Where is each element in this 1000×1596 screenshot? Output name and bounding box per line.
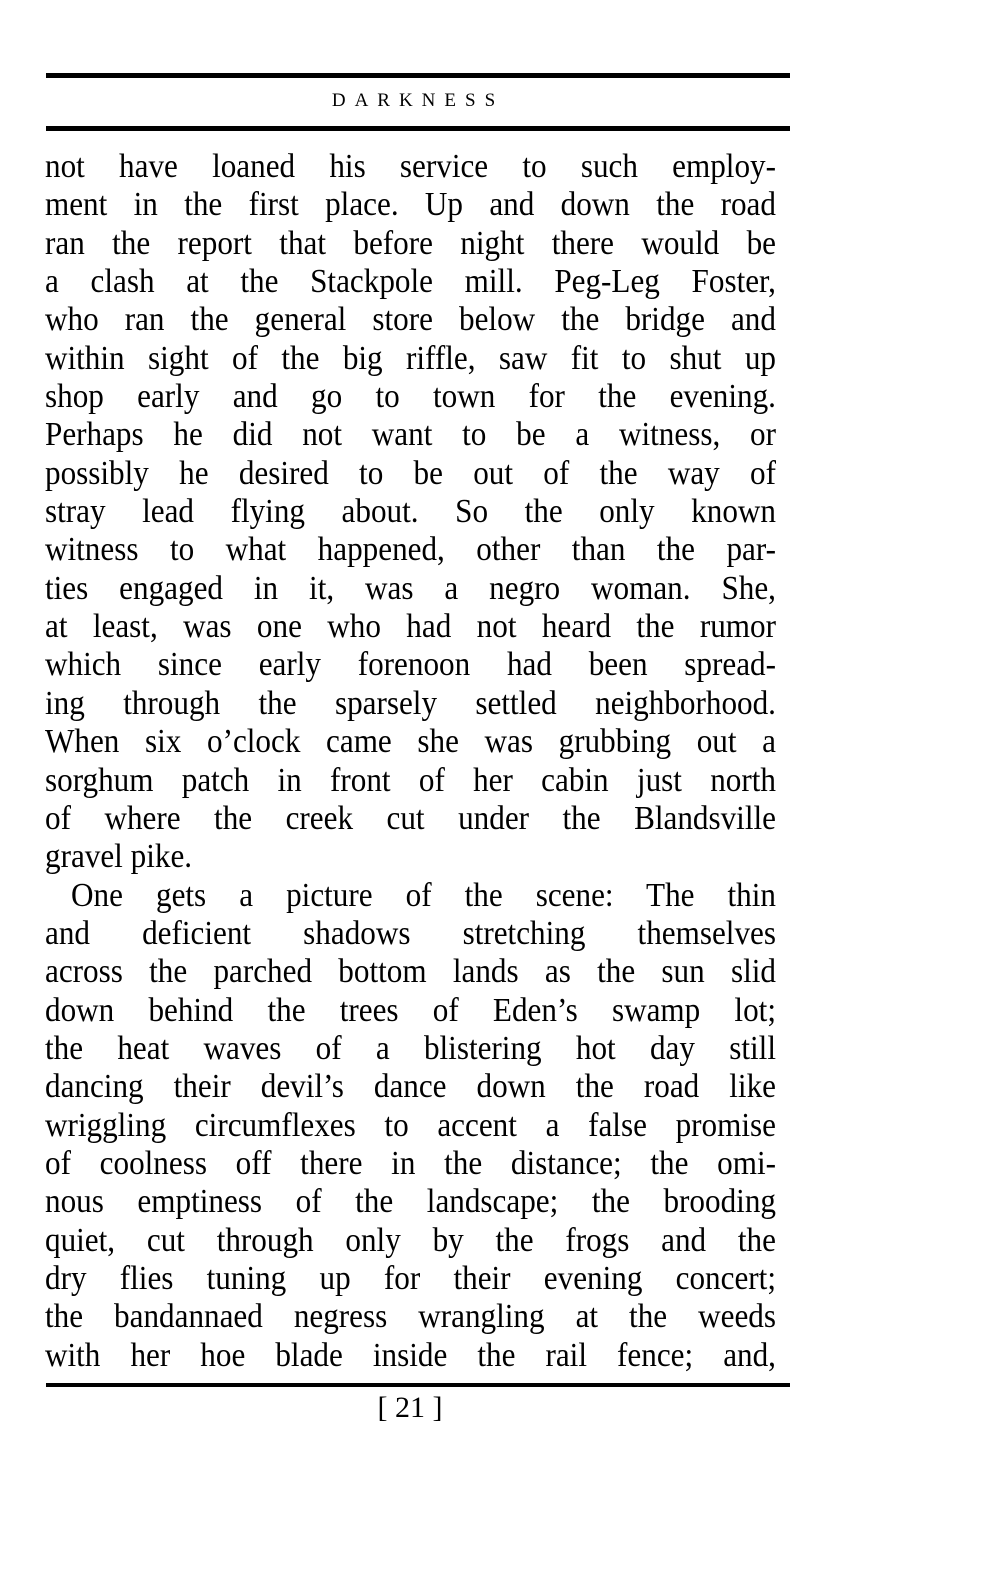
text-line: who ran the general store below the brid… <box>45 301 776 339</box>
text-line: witness to what happened, other than the… <box>45 531 776 569</box>
text-line: Perhaps he did not want to be a witness,… <box>45 416 776 454</box>
header-top-rule <box>46 73 790 78</box>
text-line: of where the creek cut under the Blandsv… <box>45 800 776 838</box>
text-line: dancing their devil’s dance down the roa… <box>45 1068 776 1106</box>
text-line: stray lead flying about. So the only kno… <box>45 493 776 531</box>
text-line: gravel pike. <box>45 838 776 876</box>
text-line: down behind the trees of Eden’s swamp lo… <box>45 992 776 1030</box>
text-line: and deficient shadows stretching themsel… <box>45 915 776 953</box>
text-line: nous emptiness of the landscape; the bro… <box>45 1183 776 1221</box>
page-body-text: not have loaned his service to such empl… <box>45 148 776 1375</box>
text-line: ran the report that before night there w… <box>45 225 776 263</box>
text-line: When six o’clock came she was grubbing o… <box>45 723 776 761</box>
header-bottom-rule <box>46 126 790 131</box>
text-line: at least, was one who had not heard the … <box>45 608 776 646</box>
text-line: across the parched bottom lands as the s… <box>45 953 776 991</box>
text-line: a clash at the Stackpole mill. Peg-Leg F… <box>45 263 776 301</box>
text-line: the bandannaed negress wrangling at the … <box>45 1298 776 1336</box>
text-line: ties engaged in it, was a negro woman. S… <box>45 570 776 608</box>
footer-rule <box>46 1383 790 1387</box>
text-line: with her hoe blade inside the rail fence… <box>45 1337 776 1375</box>
running-title: DARKNESS <box>46 86 790 116</box>
page-number: [ 21 ] <box>370 1388 450 1428</box>
text-line: shop early and go to town for the evenin… <box>45 378 776 416</box>
text-line: possibly he desired to be out of the way… <box>45 455 776 493</box>
text-line: quiet, cut through only by the frogs and… <box>45 1222 776 1260</box>
text-line: ment in the first place. Up and down the… <box>45 186 776 224</box>
text-line: sorghum patch in front of her cabin just… <box>45 762 776 800</box>
text-line: within sight of the big riffle, saw fit … <box>45 340 776 378</box>
text-line: wriggling circumflexes to accent a false… <box>45 1107 776 1145</box>
text-line: the heat waves of a blistering hot day s… <box>45 1030 776 1068</box>
text-line: ing through the sparsely settled neighbo… <box>45 685 776 723</box>
text-line: which since early forenoon had been spre… <box>45 646 776 684</box>
text-line: of coolness off there in the distance; t… <box>45 1145 776 1183</box>
text-line: not have loaned his service to such empl… <box>45 148 776 186</box>
text-line: dry flies tuning up for their evening co… <box>45 1260 776 1298</box>
text-line: One gets a picture of the scene: The thi… <box>45 877 776 915</box>
